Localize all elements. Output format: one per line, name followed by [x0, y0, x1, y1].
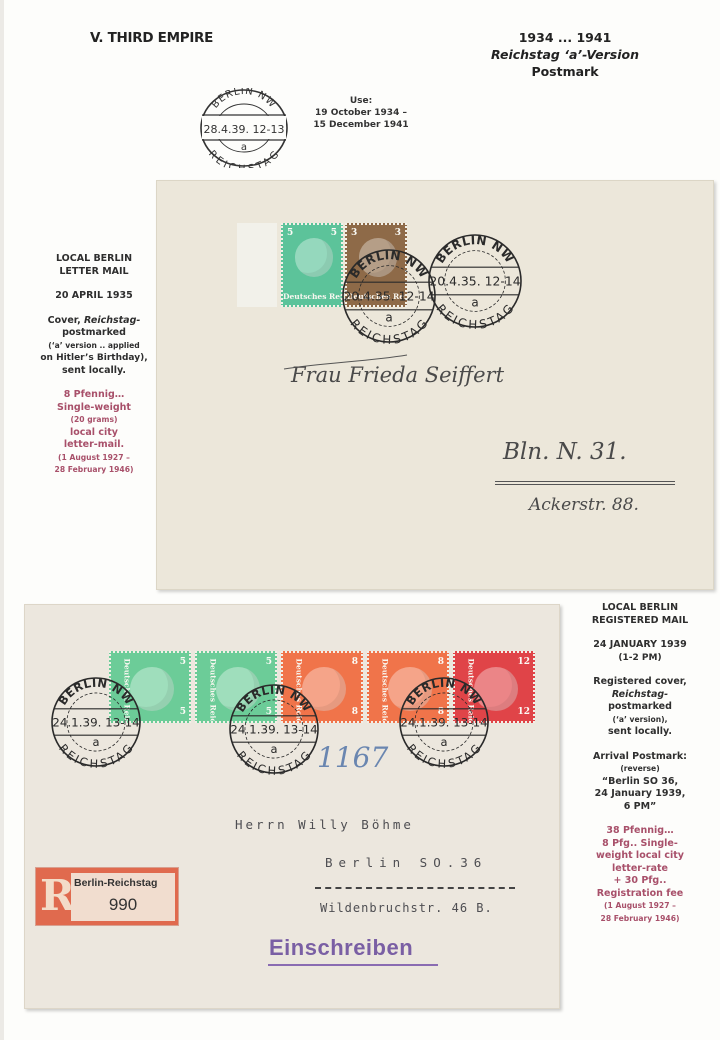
rate-line: letter-mail.	[34, 439, 154, 452]
arrival-line: (reverse)	[566, 763, 714, 776]
cancellation-postmark: BERLIN NW REICHSTAG 24.1.39. 13-14 a	[48, 674, 144, 770]
rate-line: Single-weight	[34, 402, 154, 415]
desc-line: Registered cover,	[566, 676, 714, 689]
svg-text:a: a	[471, 295, 478, 309]
stamp-legend: Deutsches Reich	[381, 659, 390, 719]
use-from: 19 October 1934 –	[306, 107, 416, 119]
cancellation-postmark: BERLIN NW REICHSTAG 24.1.39. 13-14 a	[226, 681, 322, 777]
svg-text:BERLIN NW: BERLIN NW	[433, 233, 517, 266]
desc-line: on Hitler’s Birthday),	[34, 352, 154, 365]
svg-text:24.1.39. 13-14: 24.1.39. 13-14	[52, 715, 139, 729]
address-name: Frau Frieda Seiffert	[291, 363, 504, 387]
arrival-line: Arrival Postmark:	[566, 751, 714, 764]
desc-line: Reichstag-	[566, 689, 714, 702]
cover1-description: LOCAL BERLIN LETTER MAIL 20 APRIL 1935 C…	[34, 253, 154, 477]
svg-text:a: a	[440, 735, 447, 749]
stamp-value: 8	[438, 657, 444, 667]
registration-number: 990	[71, 895, 175, 915]
svg-text:24.1.39. 13-14: 24.1.39. 13-14	[230, 722, 317, 736]
subject-line1: Reichstag ‘a’-Version	[470, 46, 660, 63]
rate-line: letter-rate	[566, 863, 714, 876]
address-street: Wildenbruchstr. 46 B.	[320, 901, 493, 915]
stamp-value: 5	[287, 228, 293, 238]
cover-date: 20 APRIL 1935	[34, 290, 154, 303]
heading: REGISTERED MAIL	[566, 615, 714, 628]
address-underline	[495, 481, 675, 482]
stamp-value: 3	[351, 228, 357, 238]
cover-1939-registered: 55Deutsches Reich55Deutsches Reich88Deut…	[24, 604, 560, 1009]
postage-stamp: 55Deutsches Reich	[281, 223, 343, 307]
cover2-description: LOCAL BERLIN REGISTERED MAIL 24 JANUARY …	[566, 602, 714, 925]
rate-line: Registration fee	[566, 888, 714, 901]
heading: LOCAL BERLIN	[34, 253, 154, 266]
svg-text:BERLIN NW: BERLIN NW	[403, 676, 484, 708]
registration-office: Berlin-Reichstag	[74, 877, 157, 889]
rate-line: weight local city	[566, 850, 714, 863]
heading: LETTER MAIL	[34, 266, 154, 279]
address-name: Herrn Willy Böhme	[235, 817, 414, 832]
desc-line: sent locally.	[34, 365, 154, 378]
stamp-legend: Deutsches Reich	[209, 659, 218, 719]
address-street: Ackerstr. 88.	[529, 495, 639, 515]
pencil-note: 1167	[317, 741, 388, 774]
svg-text:a: a	[241, 142, 247, 153]
svg-text:BERLIN NW: BERLIN NW	[55, 676, 136, 708]
desc-line: (‘a’ version .. applied	[34, 340, 154, 353]
registration-label: R Berlin-Reichstag 990	[35, 867, 179, 926]
svg-text:a: a	[270, 742, 277, 756]
use-label: Use:	[306, 95, 416, 107]
cancellation-postmark: BERLIN NW REICHSTAG 24.1.39. 13-14 a	[396, 674, 492, 770]
stamp-value: 5	[331, 228, 337, 238]
rate-line: 28 February 1946)	[34, 464, 154, 477]
rate-line: + 30 Pfg..	[566, 875, 714, 888]
rate-line: (1 August 1927 –	[34, 452, 154, 465]
svg-text:BERLIN NW: BERLIN NW	[233, 683, 314, 715]
heading: LOCAL BERLIN	[566, 602, 714, 615]
cover-time: (1-2 PM)	[566, 652, 714, 665]
stamp-selvage	[237, 223, 277, 307]
svg-text:BERLIN NW: BERLIN NW	[210, 88, 278, 111]
cancellation-postmark: BERLIN NW REICHSTAG 20.4.35. 12-14 a	[339, 246, 439, 346]
desc-line: postmarked	[566, 701, 714, 714]
address-city: Bln. N. 31.	[503, 439, 627, 465]
portrait-medallion	[295, 238, 333, 276]
svg-text:20.4.35. 12-14: 20.4.35. 12-14	[429, 274, 520, 289]
use-period: Use: 19 October 1934 – 15 December 1941	[306, 95, 416, 131]
stamp-value: 12	[517, 707, 530, 717]
arrival-line: “Berlin SO 36,	[566, 776, 714, 789]
use-to: 15 December 1941	[306, 119, 416, 131]
arrival-line: 24 January 1939,	[566, 788, 714, 801]
stamp-value: 8	[352, 657, 358, 667]
registration-r-icon: R	[40, 871, 75, 921]
cover-1935: 55Deutsches Reich33Deutsches Reich BERLI…	[156, 180, 714, 590]
stamp-value: 5	[266, 657, 272, 667]
cover-date: 24 JANUARY 1939	[566, 639, 714, 652]
desc-line: sent locally.	[566, 726, 714, 739]
desc-line: postmarked	[34, 327, 154, 340]
svg-text:a: a	[92, 735, 99, 749]
rate-line: local city	[34, 427, 154, 440]
svg-text:BERLIN NW: BERLIN NW	[347, 248, 431, 281]
section-title: V. THIRD EMPIRE	[90, 30, 213, 46]
address-city: Berlin SO.36	[325, 855, 487, 870]
rate-line: 8 Pfg.. Single-	[566, 838, 714, 851]
registered-handstamp: Einschreiben	[269, 935, 413, 961]
rate-line: 8 Pfennig…	[34, 389, 154, 402]
svg-text:20.4.35. 12-14: 20.4.35. 12-14	[343, 289, 434, 304]
page-edge	[0, 0, 4, 1040]
stamp-value: 3	[395, 228, 401, 238]
svg-text:28.4.39. 12-13: 28.4.39. 12-13	[204, 123, 285, 136]
rate-line: 28 February 1946)	[566, 913, 714, 926]
svg-text:a: a	[385, 310, 392, 324]
stamp-legend: Deutsches Reich	[283, 292, 341, 301]
arrival-line: 6 PM”	[566, 801, 714, 814]
desc-line: (‘a’ version),	[566, 714, 714, 727]
page-heading: 1934 ... 1941 Reichstag ‘a’-Version Post…	[470, 29, 660, 80]
address-underline	[315, 887, 515, 889]
rate-line: (1 August 1927 –	[566, 900, 714, 913]
stamp-value: 8	[352, 707, 358, 717]
subject-line2: Postmark	[470, 63, 660, 80]
period: 1934 ... 1941	[470, 29, 660, 46]
cancellation-postmark: BERLIN NW REICHSTAG 20.4.35. 12-14 a	[425, 231, 525, 331]
rate-line: (20 grams)	[34, 414, 154, 427]
rate-line: 38 Pfennig…	[566, 825, 714, 838]
desc-line: Cover, Reichstag-	[34, 315, 154, 328]
stamp-value: 5	[180, 707, 186, 717]
handstamp-underline	[268, 964, 438, 966]
svg-text:24.1.39. 13-14: 24.1.39. 13-14	[400, 715, 487, 729]
stamp-value: 5	[180, 657, 186, 667]
reference-postmark: BERLIN NW REICHSTAG 28.4.39. 12-13 a	[196, 88, 292, 168]
stamp-value: 12	[517, 657, 530, 667]
